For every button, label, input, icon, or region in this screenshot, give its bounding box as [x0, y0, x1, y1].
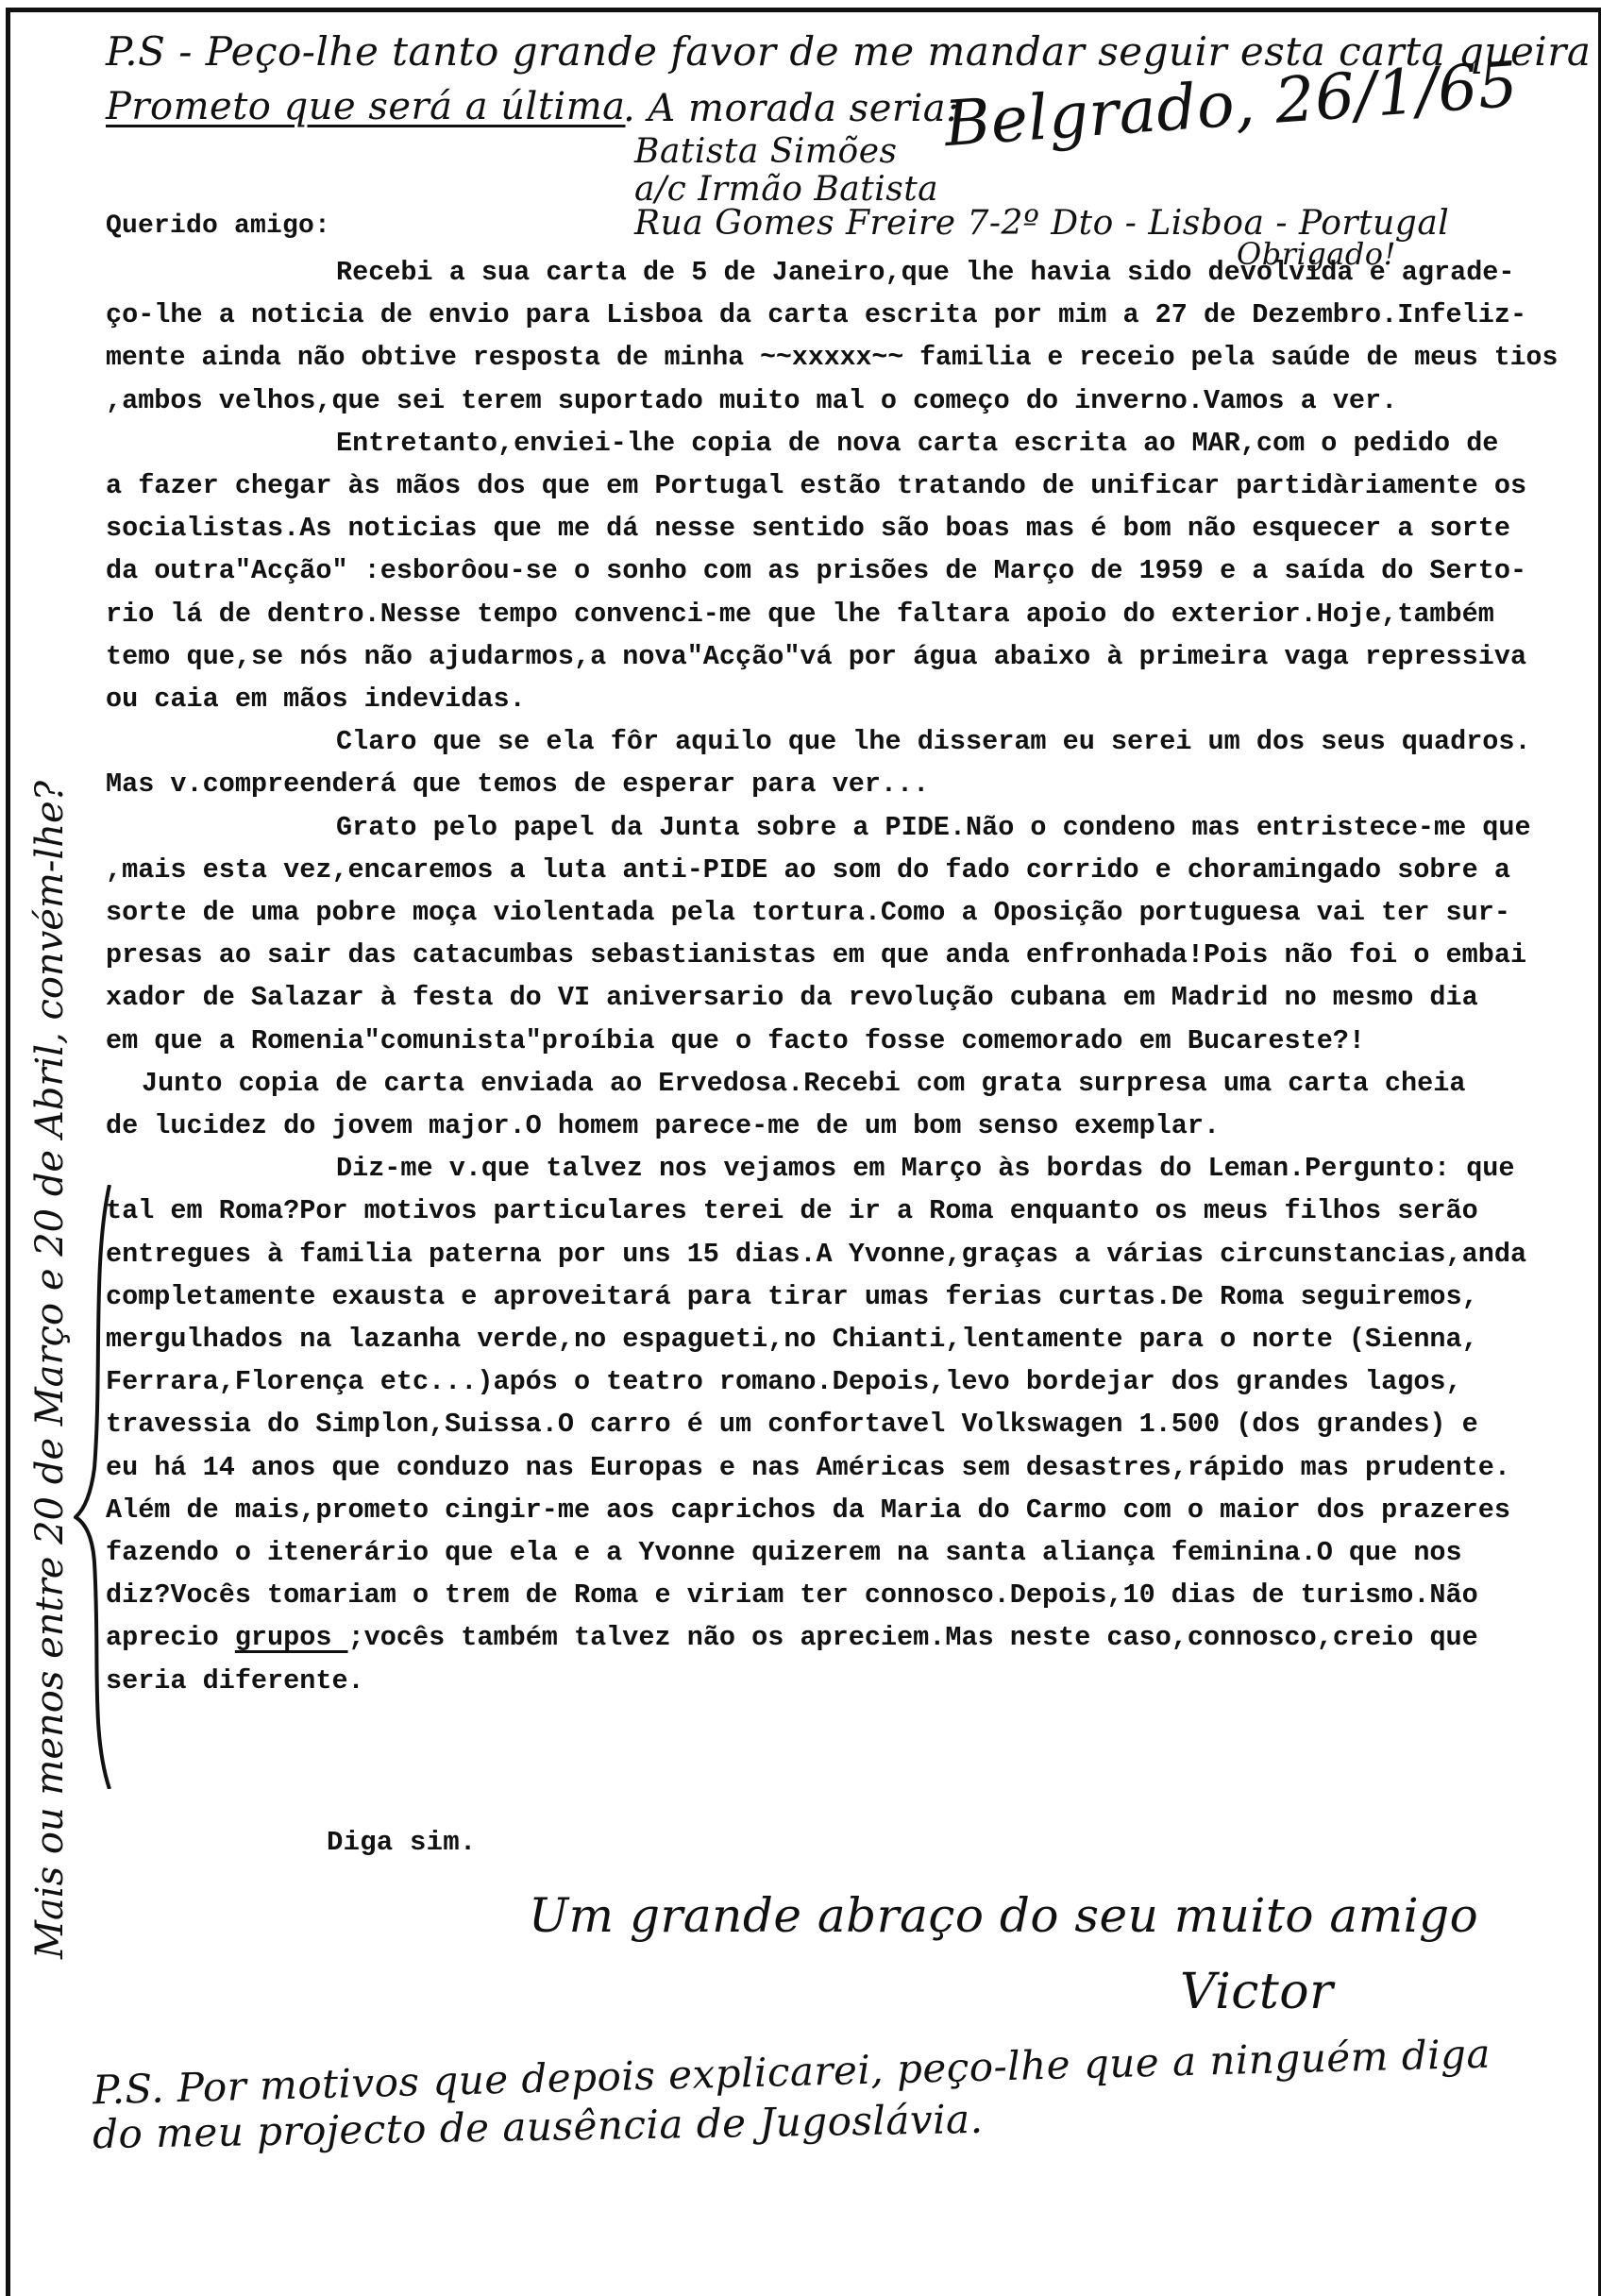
page-border-top — [9, 8, 1601, 12]
body-line: ,mais esta vez,encaremos a luta anti-PID… — [106, 854, 1510, 886]
body-line: Junto copia de carta enviada ao Ervedosa… — [142, 1068, 1465, 1099]
body-line: Grato pelo papel da Junta sobre a PIDE.N… — [336, 812, 1531, 843]
body-line: Ferrara,Florença etc...)após o teatro ro… — [106, 1366, 1462, 1397]
body-line: Mas v.compreenderá que temos de esperar … — [106, 768, 929, 800]
body-line: xador de Salazar à festa do VI aniversar… — [106, 982, 1478, 1013]
body-line: de lucidez do jovem major.O homem parece… — [106, 1110, 1220, 1141]
body-line: mente ainda não obtive resposta de minha… — [106, 342, 1558, 373]
body-line: aprecio grupos ;vocês também talvez não … — [106, 1622, 1478, 1653]
body-line: em que a Romenia"comunista"proíbia que o… — [106, 1025, 1365, 1056]
body-line: ,ambos velhos,que sei terem suportado mu… — [106, 385, 1397, 416]
body-line: Recebi a sua carta de 5 de Janeiro,que l… — [336, 257, 1515, 288]
body-line: ço-lhe a noticia de envio para Lisboa da… — [106, 299, 1526, 330]
closing-handwritten: Um grande abraço do seu muito amigo — [529, 1888, 1478, 1943]
body-line: Claro que se ela fôr aquilo que lhe diss… — [336, 726, 1531, 757]
page-border-left — [6, 8, 10, 2296]
body-line: completamente exausta e aproveitará para… — [106, 1281, 1478, 1312]
body-line: Entretanto,enviei-lhe copia de nova cart… — [336, 428, 1498, 459]
body-line: tal em Roma?Por motivos particulares ter… — [106, 1195, 1478, 1226]
body-line: Diz-me v.que talvez nos vejamos em Março… — [336, 1153, 1515, 1184]
body-line: travessia do Simplon,Suissa.O carro é um… — [106, 1409, 1478, 1440]
signature: Victor — [1180, 1964, 1333, 2020]
body-line: da outra"Acção" :esborôou-se o sonho com… — [106, 555, 1526, 586]
body-text: ;vocês também talvez não os apreciem.Mas… — [348, 1622, 1478, 1653]
body-line: fazendo o itenerário que ela e a Yvonne … — [106, 1537, 1462, 1568]
salutation: Querido amigo: — [106, 211, 330, 241]
closing-typed: Diga sim. — [327, 1827, 476, 1858]
body-line: ou caia em mãos indevidas. — [106, 684, 526, 715]
body-line: entregues à familia paterna por uns 15 d… — [106, 1239, 1526, 1270]
body-line: Além de mais,prometo cingir-me aos capri… — [106, 1494, 1510, 1526]
body-line: presas ao sair das catacumbas sebastiani… — [106, 939, 1526, 971]
body-line: eu há 14 anos que conduzo nas Europas e … — [106, 1452, 1510, 1483]
margin-brace-icon — [74, 1185, 130, 1789]
body-line: sorte de uma pobre moça violentada pela … — [106, 897, 1510, 928]
address-line-1: Batista Simões — [634, 132, 898, 171]
body-line: socialistas.As noticias que me dá nesse … — [106, 513, 1510, 544]
address-line-2: a/c Irmão Batista — [634, 170, 938, 209]
body-line: diz?Vocês tomariam o trem de Roma e viri… — [106, 1579, 1478, 1611]
handwritten-ps-line-2-rest: . A morada seria: — [623, 87, 959, 130]
handwritten-ps-line-2-underlined: Prometo que será a última — [106, 85, 626, 128]
letter-page: P.S - Peço-lhe tanto grande favor de me … — [0, 0, 1601, 2296]
body-line: temo que,se nós não ajudarmos,a nova"Acç… — [106, 641, 1526, 672]
body-line: a fazer chegar às mãos dos que em Portug… — [106, 470, 1526, 501]
body-line: seria diferente. — [106, 1665, 364, 1697]
margin-note-vertical: Mais ou menos entre 20 de Março e 20 de … — [28, 781, 72, 1959]
underlined-word: grupos — [235, 1622, 348, 1653]
body-line: rio lá de dentro.Nesse tempo convenci-me… — [106, 599, 1494, 630]
body-line: mergulhados na lazanha verde,no espaguet… — [106, 1324, 1478, 1355]
